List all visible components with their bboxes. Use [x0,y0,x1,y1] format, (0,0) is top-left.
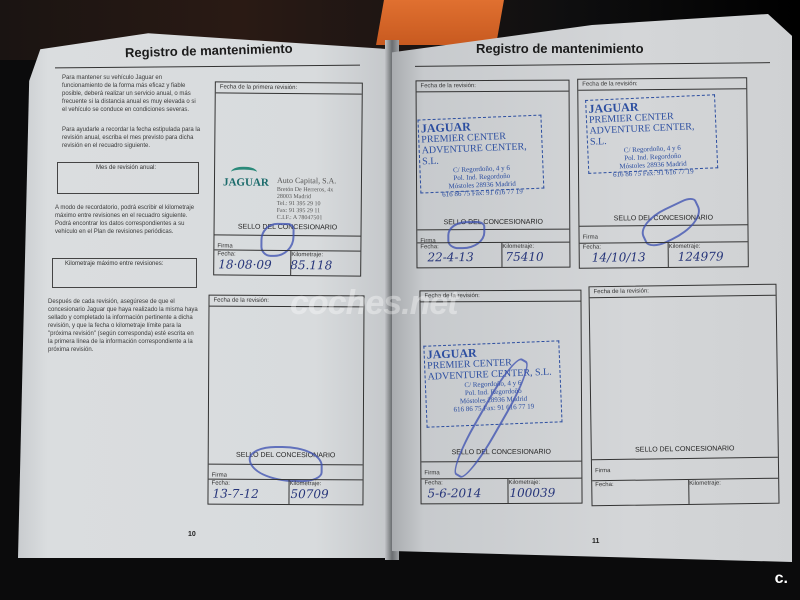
max-km-label: Kilometraje máximo entre revisiones: [65,261,163,267]
km-handwritten: 75410 [505,250,543,264]
dealer-stamp: JAGUAR PREMIER CENTER ADVENTURE CENTER, … [585,94,718,174]
fecha-km-row: Fecha: Kilometraje: 14/10/13 124979 [580,241,748,267]
page-number-right: 11 [592,538,599,545]
orange-booklet-tab [376,0,504,45]
fecha-km-row: Fecha: Kilometraje: 22-4-13 75410 [417,242,569,268]
jaguar-leaper-icon [231,167,257,178]
fecha-handwritten: 22-4-13 [427,250,473,264]
firma-label: Firma [583,235,598,241]
intro-paragraph-2: Para ayudarle a recordar la fecha estipu… [62,126,202,150]
card-header: Fecha de la revisión: [417,81,569,93]
service-card-empty: Fecha de la revisión: SELLO DEL CONCESIO… [588,284,779,507]
right-page-title: Registro de mantenimiento [476,41,644,56]
annual-month-label: Mes de revisión anual: [96,165,156,171]
card-header: Fecha de la primera revisión: [216,82,362,94]
dealer-stamp: JAGUAR PREMIER CENTER ADVENTURE CENTER, … [417,115,544,194]
fecha-km-row: Fecha: Kilometraje: [592,478,778,506]
km-handwritten: 124979 [678,249,724,263]
firma-label: Firma [595,468,610,474]
dealer-name: Auto Capital, S.A. [277,177,336,185]
fecha-km-row: Fecha: Kilometraje: 13-7-12 50709 [208,479,362,505]
max-km-box[interactable]: Kilometraje máximo entre revisiones: [52,258,197,288]
sello-label: SELLO DEL CONCESIONARIO [592,445,778,455]
corner-logo: c. [775,570,788,588]
fecha-handwritten: 14/10/13 [592,250,646,264]
annual-month-box[interactable]: Mes de revisión anual: [57,162,199,194]
page-number-left: 10 [188,531,196,538]
fecha-km-row: Fecha: Kilometraje: 18·08·09 85.118 [214,249,360,275]
firma-label: Firma [424,470,439,476]
dealer-line-5: C.I.F.: A 78047501 [277,215,323,222]
jaguar-logo: JAGUAR [223,176,269,188]
fecha-label: Fecha: [595,482,613,488]
km-handwritten: 100039 [509,486,555,500]
after-service-paragraph: Después de cada revisión, asegúrese de q… [48,298,198,354]
sello-label: SELLO DEL CONCESIONARIO [421,449,581,457]
fecha-handwritten: 5-6-2014 [427,486,481,500]
km-label: Kilometraje: [689,480,721,486]
fecha-handwritten: 13-7-12 [212,487,258,501]
firma-row: Firma [421,461,581,477]
fecha-handwritten: 18·08·09 [218,257,272,271]
fecha-cell[interactable]: Fecha: [592,480,689,505]
km-handwritten: 50709 [290,487,328,501]
km-cell[interactable]: Kilometraje: [686,479,778,504]
fecha-km-row: Fecha: Kilometraje: 5-6-2014 100039 [421,478,581,504]
firma-row: Firma [592,457,778,475]
card-header: Fecha de la revisión: [578,78,746,90]
odometer-paragraph: A modo de recordatorio, podrá escribir e… [55,204,200,236]
sello-label: SELLO DEL CONCESIONARIO [417,219,569,227]
intro-paragraph-1: Para mantener su vehículo Jaguar en func… [62,74,202,114]
service-card-first: Fecha de la primera revisión: JAGUAR Aut… [213,81,363,276]
service-card: Fecha de la revisión: SELLO DEL CONCESIO… [207,295,364,506]
km-handwritten: 85.118 [290,258,332,272]
card-header: Fecha de la revisión: [589,285,775,299]
service-card: Fecha de la revisión: JAGUAR PREMIER CEN… [577,77,749,268]
service-card: Fecha de la revisión: JAGUAR PREMIER CEN… [416,80,571,269]
watermark: coches.net [290,284,458,323]
